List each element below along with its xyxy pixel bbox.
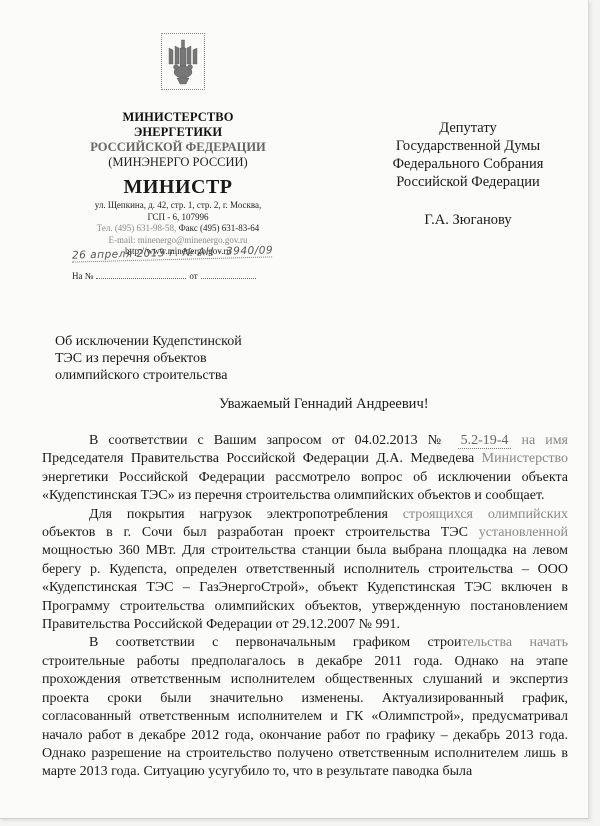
- subject-block: Об исключении Кудепстинской ТЭС из переч…: [55, 333, 242, 384]
- ref-from-label: от: [189, 271, 197, 281]
- subject-line-1: Об исключении Кудепстинской: [55, 333, 242, 350]
- p1-text-e: энергетики Российской Федерации рассмотр…: [42, 470, 568, 503]
- recipient-block: Депутату Государственной Думы Федерально…: [378, 119, 558, 229]
- ministry-short-name: (МИНЭНЕРГО РОССИИ): [78, 155, 278, 170]
- p2-text-a: Для покрытия нагрузок электропотребления: [89, 507, 403, 522]
- subject-line-2: ТЭС из перечня объектов: [55, 350, 242, 367]
- recipient-line-3: Федерального Собрания: [378, 155, 558, 173]
- phone-fax-line: Тел. (495) 631-98-58, Факс (495) 631-83-…: [78, 223, 278, 235]
- subject-line-3: олимпийского строительства: [55, 367, 242, 384]
- p3-text-a: В соответствии с первоначальным графиком…: [89, 635, 461, 650]
- p2-text-e: мощностью 360 МВт. Для строительства ста…: [42, 543, 568, 632]
- recipient-line-4: Российской Федерации: [378, 173, 558, 191]
- p1-text-c: Председателя Правительства Российской Фе…: [42, 451, 482, 466]
- p1-text-b: на имя: [511, 433, 568, 448]
- p2-text-c: объектов в г. Сочи был разработан проект…: [42, 525, 479, 540]
- p2-text-b: строящихся олимпийских: [403, 507, 568, 522]
- recipient-name: Г.А. Зюганову: [378, 211, 558, 229]
- recipient-line-1: Депутату: [378, 119, 558, 137]
- letter-body: В соответствии с Вашим запросом от 04.02…: [42, 432, 568, 782]
- address-line-1: ул. Щепкина, д. 42, стр. 1, стр. 2, г. М…: [78, 200, 278, 212]
- ministry-country: РОССИЙСКОЙ ФЕДЕРАЦИИ: [78, 140, 278, 155]
- p3-text-b: тельства начать: [461, 635, 568, 650]
- phone: Тел. (495) 631-98-58,: [97, 223, 177, 233]
- letterhead: МИНИСТЕРСТВО ЭНЕРГЕТИКИ РОССИЙСКОЙ ФЕДЕР…: [78, 110, 278, 258]
- address-line-2: ГСП - 6, 107996: [78, 212, 278, 224]
- paragraph-3: В соответствии с первоначальным графиком…: [42, 634, 568, 781]
- ministry-name: МИНИСТЕРСТВО ЭНЕРГЕТИКИ: [78, 110, 278, 140]
- p1-text-a: В соответствии с Вашим запросом от 04.02…: [89, 433, 458, 448]
- reference-line: На №от: [72, 271, 256, 281]
- p2-text-d: установленной: [479, 525, 568, 540]
- paragraph-2: Для покрытия нагрузок электропотребления…: [42, 506, 568, 635]
- p3-text-c: строительные работы предполагалось в дек…: [42, 654, 568, 779]
- ref-number-blank: [96, 278, 186, 279]
- sender-title: МИНИСТР: [78, 174, 278, 200]
- greeting: Уважаемый Геннадий Андреевич!: [219, 396, 429, 413]
- request-number: 5.2-19-4: [458, 433, 512, 449]
- recipient-line-2: Государственной Думы: [378, 137, 558, 155]
- coat-of-arms-emblem-icon: [161, 33, 205, 90]
- paragraph-1: В соответствии с Вашим запросом от 04.02…: [42, 432, 568, 506]
- ref-number-label: На №: [72, 271, 93, 281]
- document-page: МИНИСТЕРСТВО ЭНЕРГЕТИКИ РОССИЙСКОЙ ФЕДЕР…: [0, 0, 589, 819]
- fax: Факс (495) 631-83-64: [179, 223, 260, 233]
- p1-text-d: Министерство: [482, 451, 568, 466]
- ref-date-blank: [201, 278, 256, 279]
